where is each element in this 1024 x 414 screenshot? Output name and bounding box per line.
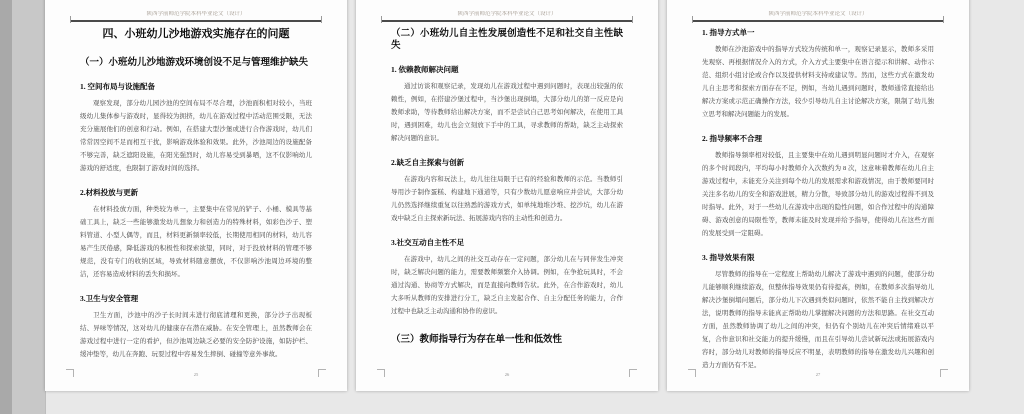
sub-heading: 3.社交互动自主性不足 <box>391 238 623 248</box>
running-header: 陕西学前师范学院本科毕业论文（设计） <box>693 11 943 18</box>
section-heading: （一）小班幼儿沙地游戏环境创设不足与管理维护缺失 <box>80 57 312 69</box>
body-paragraph: 观察发现，部分幼儿园沙池的空间布局不尽合理，沙池面积相对较小，当班级幼儿集体参与… <box>80 97 312 175</box>
margin-tick-right <box>321 16 322 23</box>
page-number: 26 <box>356 372 658 377</box>
running-header: 陕西学前师范学院本科毕业论文（设计） <box>382 11 632 18</box>
body-paragraph: 在游戏中，幼儿之间的社交互动存在一定问题，部分幼儿在与同伴发生冲突时，缺乏解决问… <box>391 253 623 318</box>
section-heading: （三）教师指导行为存在单一性和低效性 <box>391 334 623 346</box>
document-title: 四、小班幼儿沙地游戏实施存在的问题 <box>80 28 312 41</box>
sub-heading: 3. 指导效果有限 <box>702 253 934 263</box>
page-body: （二）小班幼儿自主性发展创造性不足和社交自主性缺失1. 依赖教师解决问题通过访谈… <box>356 28 658 346</box>
sub-heading: 3.卫生与安全管理 <box>80 294 312 304</box>
sub-heading: 1. 空间布局与设施配备 <box>80 82 312 92</box>
document-page[interactable]: 陕西学前师范学院本科毕业论文（设计） （二）小班幼儿自主性发展创造性不足和社交自… <box>356 0 658 391</box>
body-paragraph: 在材料投放方面，种类较为单一，主要集中在常见的铲子、小桶、模具等基础工具上，缺乏… <box>80 203 312 281</box>
pages-row: 陕西学前师范学院本科毕业论文（设计） 四、小班幼儿沙地游戏实施存在的问题（一）小… <box>45 0 969 391</box>
body-paragraph: 卫生方面，沙池中的沙子长时间未进行彻底清理和更换，部分沙子出现板结、异味等情况，… <box>80 309 312 361</box>
header-rule <box>693 20 943 22</box>
body-paragraph: 教师在沙池游戏中的指导方式较为传统和单一，观察记录显示，教师多采用先观察、再根据… <box>702 43 934 121</box>
sub-heading: 2. 指导频率不合理 <box>702 134 934 144</box>
body-paragraph: 教师指导频率相对较低，且主要集中在幼儿遇到明显问题时才介入，在观察的多个时间段内… <box>702 149 934 240</box>
margin-tick-left <box>381 16 382 23</box>
margin-tick-right <box>632 16 633 23</box>
sub-heading: 1. 依赖教师解决问题 <box>391 65 623 75</box>
margin-tick-right <box>943 16 944 23</box>
section-heading: （二）小班幼儿自主性发展创造性不足和社交自主性缺失 <box>391 28 623 52</box>
page-body: 1. 指导方式单一教师在沙池游戏中的指导方式较为传统和单一，观察记录显示，教师多… <box>667 28 969 372</box>
document-page[interactable]: 陕西学前师范学院本科毕业论文（设计） 四、小班幼儿沙地游戏实施存在的问题（一）小… <box>45 0 347 391</box>
body-paragraph: 尽管教师的指导在一定程度上帮助幼儿解决了游戏中遇到的问题，使部分幼儿能够顺利继续… <box>702 268 934 372</box>
header-rule <box>382 20 632 22</box>
margin-tick-left <box>70 16 71 23</box>
sub-heading: 2.材料投放与更新 <box>80 188 312 198</box>
sub-heading: 2.缺乏自主探索与创新 <box>391 158 623 168</box>
header-rule <box>71 20 321 22</box>
sub-heading: 1. 指导方式单一 <box>702 28 934 38</box>
page-body: 四、小班幼儿沙地游戏实施存在的问题（一）小班幼儿沙地游戏环境创设不足与管理维护缺… <box>45 28 347 361</box>
left-panel <box>12 0 46 414</box>
page-number: 27 <box>667 372 969 377</box>
running-header: 陕西学前师范学院本科毕业论文（设计） <box>71 11 321 18</box>
document-page[interactable]: 陕西学前师范学院本科毕业论文（设计） 1. 指导方式单一教师在沙池游戏中的指导方… <box>667 0 969 391</box>
left-rail <box>0 0 12 414</box>
body-paragraph: 在游戏内容和玩法上，幼儿往往局限于已有的经验和教师的示范。当教师引导用沙子制作蛋… <box>391 173 623 225</box>
margin-tick-left <box>692 16 693 23</box>
page-number: 25 <box>45 372 347 377</box>
body-paragraph: 通过访谈和观察记录，发现幼儿在游戏过程中遇到问题时，表现出较强的依赖性，例如，在… <box>391 80 623 145</box>
